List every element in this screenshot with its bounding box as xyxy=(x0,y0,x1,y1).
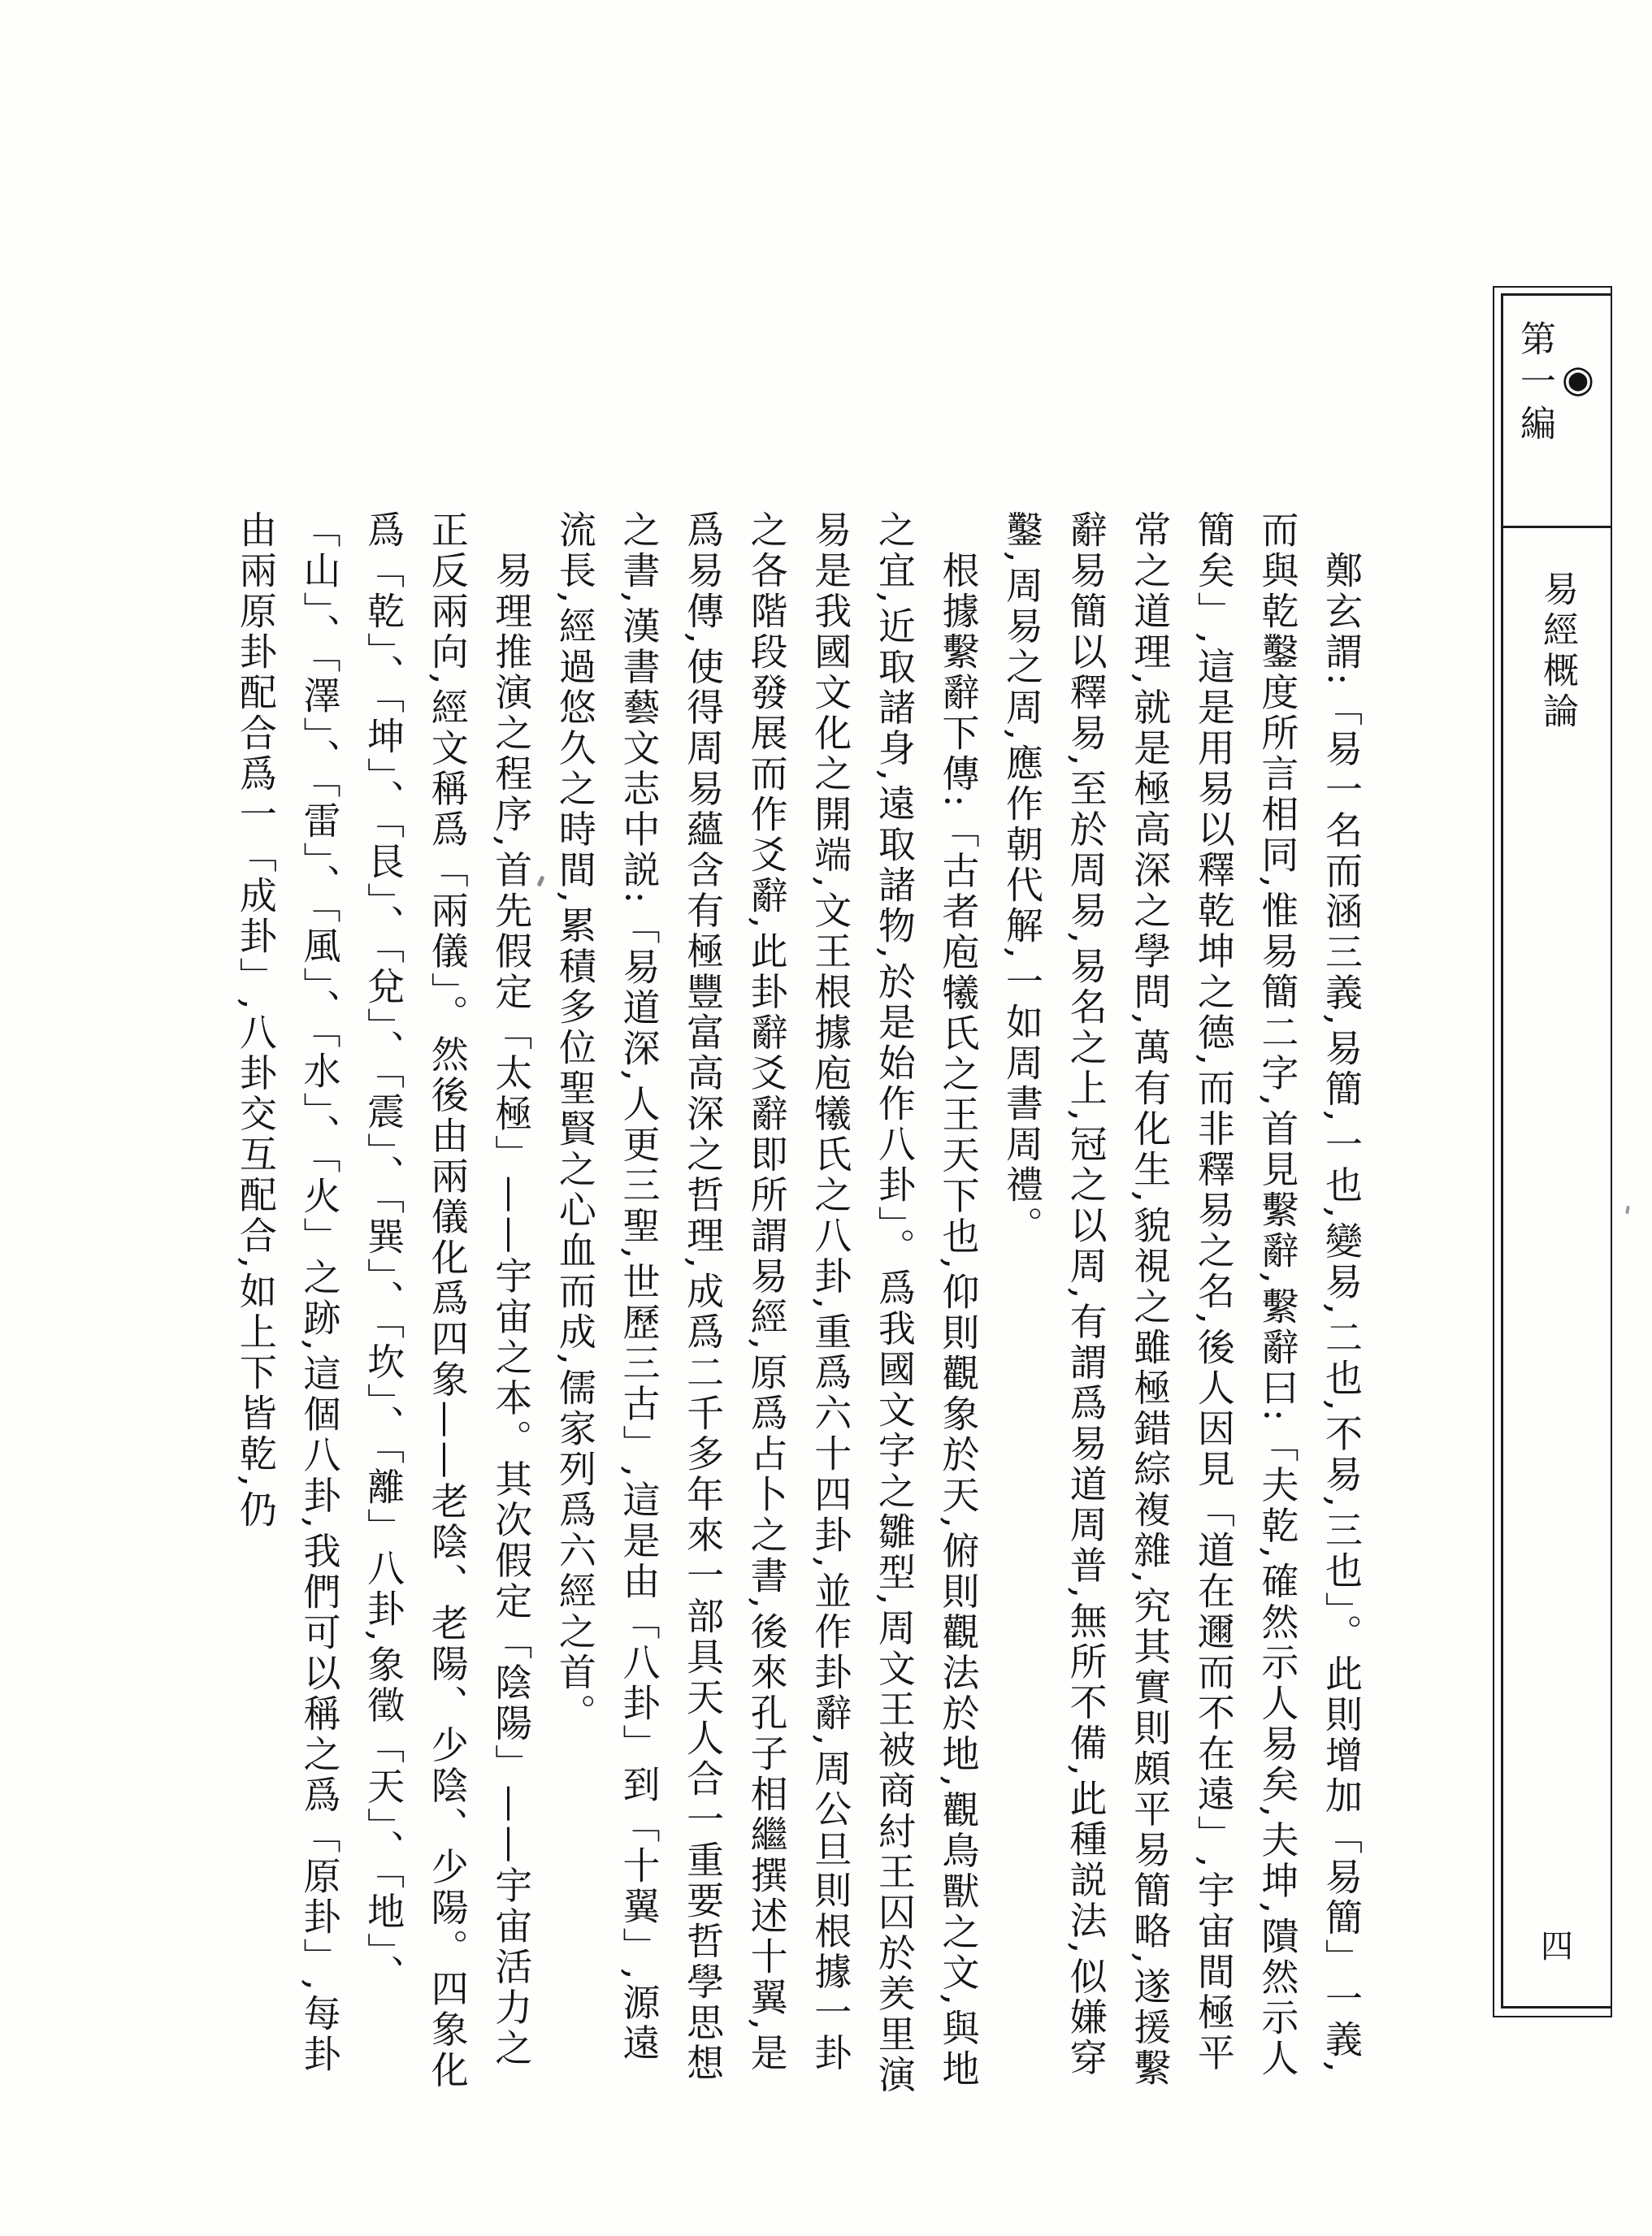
header-box-divider xyxy=(1503,526,1611,528)
paragraph: 易理推演之程序,首先假定「太極」——宇宙之本。其次假定「陰陽」——宇宙活力之正反… xyxy=(223,510,543,2097)
main-text: 鄭玄謂:「易一名而涵三義,易簡,一也,變易,二也,不易,三也」。此則增加「易簡」… xyxy=(223,510,1373,2097)
paragraph: 根據繫辭下傳:「古者庖犧氏之王天下也,仰則觀象於天,俯則觀法於地,觀鳥獸之文,與… xyxy=(543,510,990,2097)
section-bullet-icon: ◉ xyxy=(1555,320,1601,444)
book-title-block: 易經概論 xyxy=(1503,570,1611,733)
book-title: 易經概論 xyxy=(1536,570,1578,733)
book-page: ◉ 第一編 易經概論 四 鄭玄謂:「易一名而涵三義,易簡,一也,變易,二也,不易… xyxy=(0,0,1652,2236)
part-title-block: ◉ 第一編 xyxy=(1503,320,1611,447)
chapter-header-box-inner: ◉ 第一編 易經概論 四 xyxy=(1501,293,1611,2008)
paragraph: 鄭玄謂:「易一名而涵三義,易簡,一也,變易,二也,不易,三也」。此則增加「易簡」… xyxy=(990,510,1373,2097)
chapter-header-box: ◉ 第一編 易經概論 四 xyxy=(1493,286,1612,2017)
part-title: 第一編 xyxy=(1514,320,1555,447)
scan-speckle xyxy=(1625,1206,1630,1215)
page-number: 四 xyxy=(1503,1921,1611,1967)
